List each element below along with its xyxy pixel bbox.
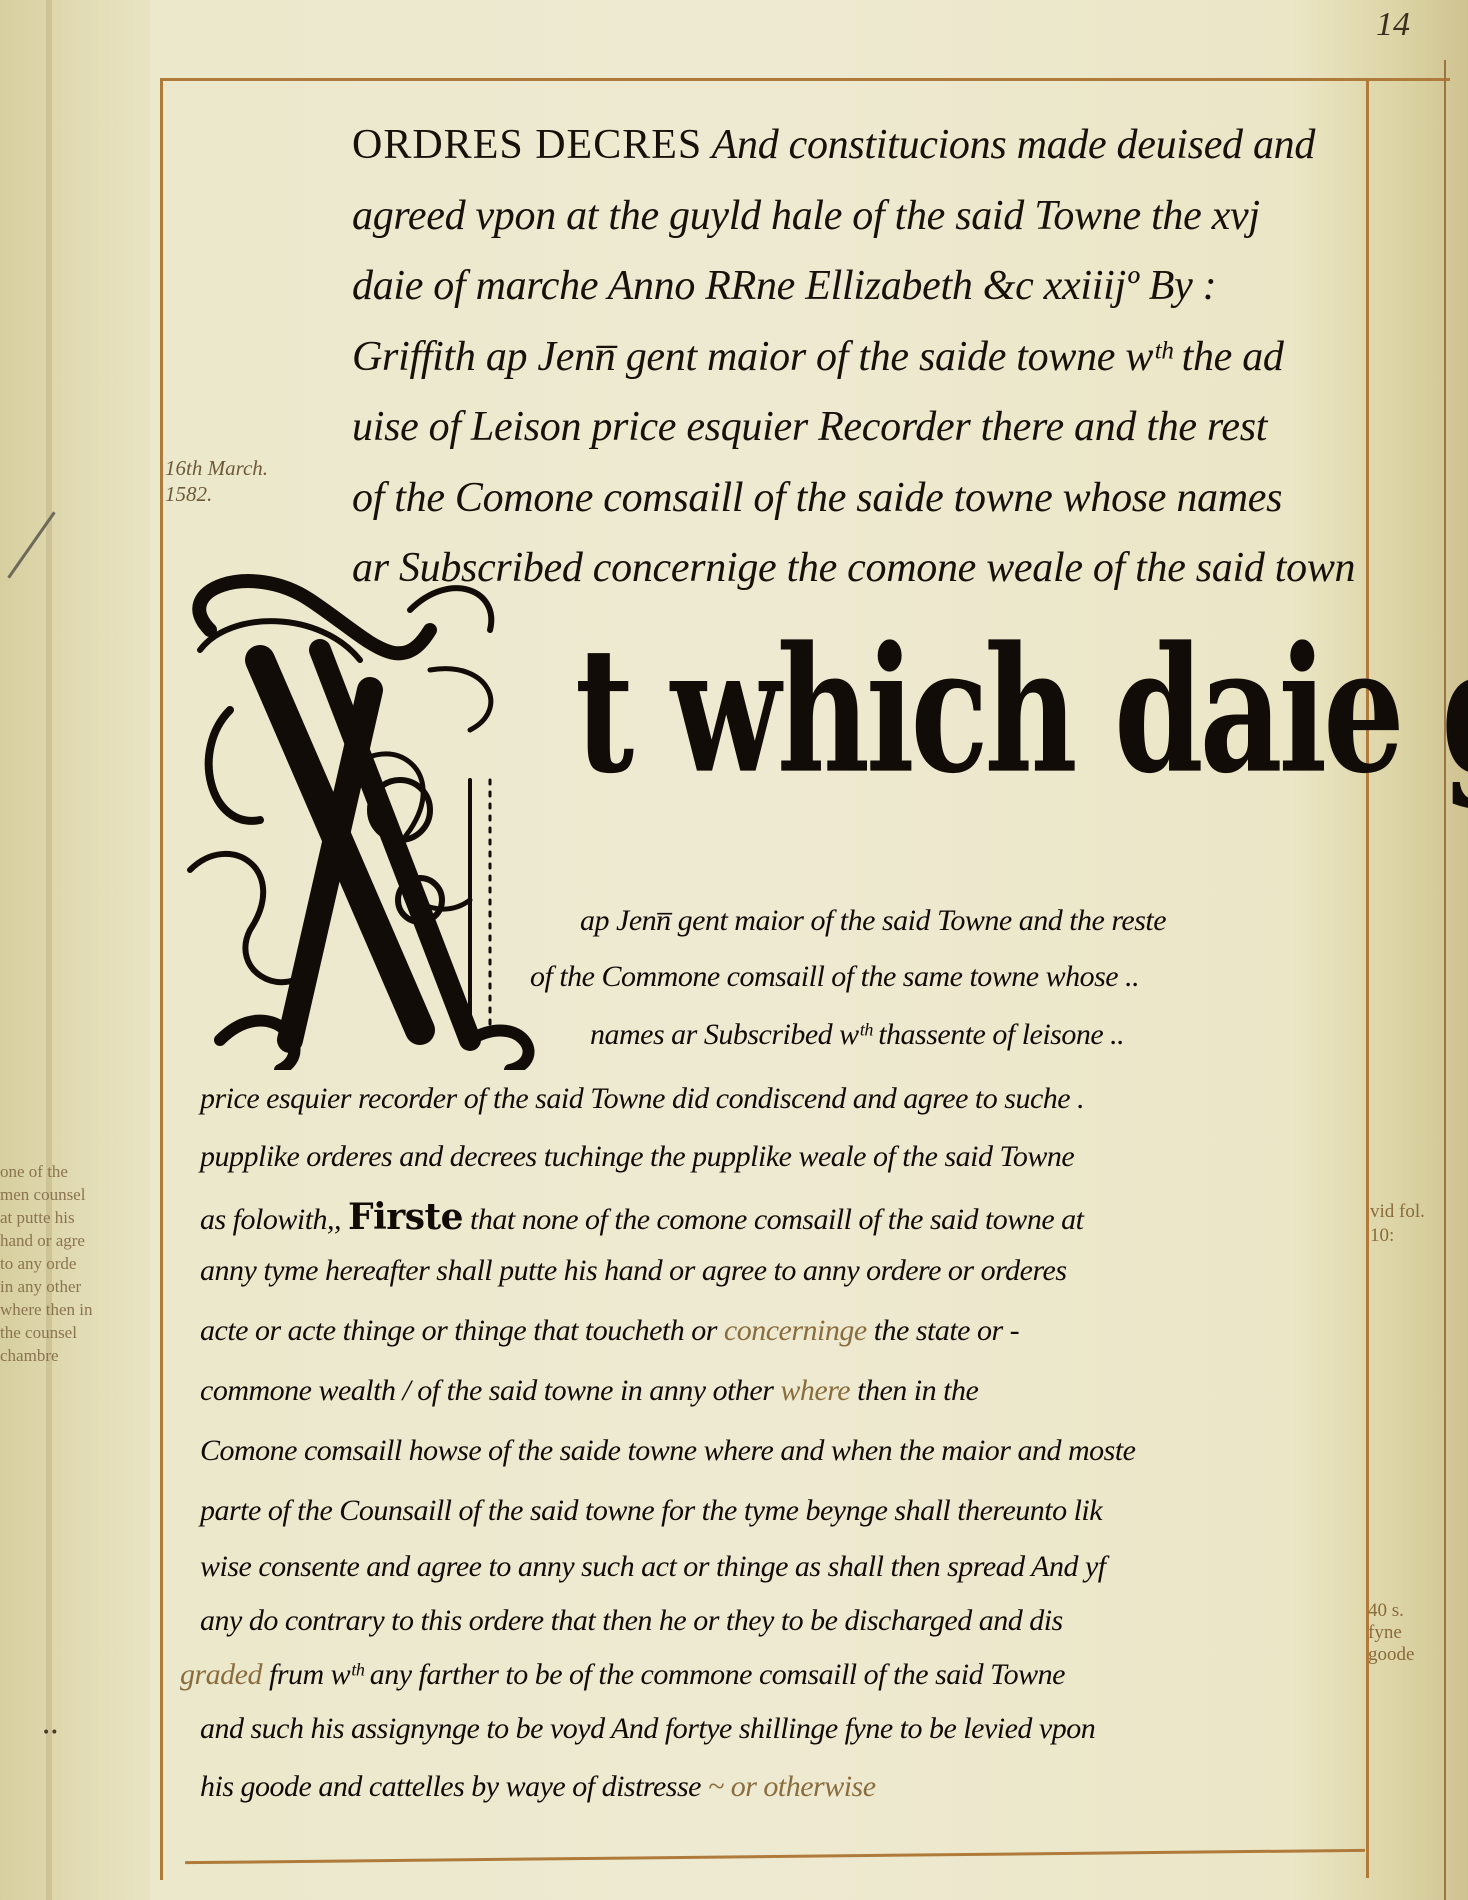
margin-note-line: the counsel bbox=[0, 1321, 160, 1344]
margin-note-line: vid fol. bbox=[1370, 1200, 1425, 1224]
interlinear-correction: graded bbox=[180, 1658, 269, 1691]
margin-note-line: at putte his bbox=[0, 1206, 160, 1229]
body-text: the state or - bbox=[867, 1314, 1019, 1347]
body-text: frum wᵗʰ any farther to be of the common… bbox=[269, 1658, 1065, 1691]
interlinear-correction: ~ or otherwise bbox=[701, 1770, 876, 1803]
heading-caps: ORDRES DECRES bbox=[352, 122, 702, 168]
body-text: his goode and cattelles by waye of distr… bbox=[200, 1770, 701, 1803]
margin-date-note: 16th March. 1582. bbox=[165, 455, 268, 507]
decorated-initial-icon bbox=[170, 570, 580, 1070]
heading-line: agreed vpon at the guyld hale of the sai… bbox=[352, 181, 1372, 252]
heading-line: ORDRES DECRES And constitucions made deu… bbox=[352, 110, 1372, 181]
margin-note-line: where then in bbox=[0, 1298, 160, 1321]
body-line: and such his assignynge to be voyd And f… bbox=[200, 1712, 1095, 1746]
margin-note-line: 40 s. bbox=[1368, 1600, 1414, 1622]
ruled-line-top bbox=[160, 78, 1450, 81]
margin-note-line: in any other bbox=[0, 1275, 160, 1298]
margin-note-line: 10: bbox=[1370, 1224, 1425, 1248]
body-line: commone wealth / of the said towne in an… bbox=[200, 1374, 978, 1408]
margin-date-line: 1582. bbox=[165, 481, 268, 507]
body-line: price esquier recorder of the said Towne… bbox=[200, 1082, 1084, 1116]
body-text: commone wealth / of the said towne in an… bbox=[200, 1374, 780, 1407]
heading-line: uise of Leison price esquier Recorder th… bbox=[352, 392, 1372, 463]
body-line: Comone comsaill howse of the saide towne… bbox=[200, 1434, 1135, 1468]
body-line: ap Jenn̅ gent maior of the said Towne an… bbox=[580, 904, 1166, 938]
interlinear-correction: where bbox=[780, 1374, 850, 1407]
margin-note-line: hand or agre bbox=[0, 1229, 160, 1252]
body-line: graded frum wᵗʰ any farther to be of the… bbox=[180, 1658, 1065, 1692]
body-text: that none of the comone comsaill of the … bbox=[463, 1203, 1083, 1236]
body-text: then in the bbox=[850, 1374, 978, 1407]
margin-date-line: 16th March. bbox=[165, 455, 268, 481]
heading-line: of the Comone comsaill of the saide town… bbox=[352, 463, 1372, 534]
firste-keyword: Firste bbox=[348, 1196, 463, 1238]
body-text: as folowith,, bbox=[200, 1203, 341, 1236]
folio-number: 14 bbox=[1376, 6, 1410, 44]
margin-note-line: goode bbox=[1368, 1644, 1414, 1666]
heading-line: Griffith ap Jenn̅ gent maior of the said… bbox=[352, 322, 1372, 393]
margin-note-line: men counsel bbox=[0, 1183, 160, 1206]
body-line: names ar Subscribed wᵗʰ thassente of lei… bbox=[590, 1018, 1124, 1052]
margin-note-line: chambre bbox=[0, 1344, 160, 1367]
ruled-line-outer bbox=[1444, 60, 1446, 1900]
body-line: any do contrary to this ordere that then… bbox=[200, 1604, 1063, 1638]
margin-note-line: fyne bbox=[1368, 1622, 1414, 1644]
body-line: of the Commone comsaill of the same town… bbox=[530, 960, 1139, 994]
heading-line: daie of marche Anno RRne Ellizabeth &c x… bbox=[352, 251, 1372, 322]
margin-note-fine: 40 s. fyne goode bbox=[1368, 1600, 1414, 1666]
body-line: his goode and cattelles by waye of distr… bbox=[200, 1770, 876, 1804]
interlinear-correction: concerninge bbox=[724, 1314, 867, 1347]
body-line: wise consente and agree to anny such act… bbox=[200, 1550, 1106, 1584]
display-blackletter-line: t which daie griffith bbox=[575, 610, 1468, 813]
margin-note-left: one of the men counsel at putte his hand… bbox=[0, 1160, 160, 1367]
ruled-line-bottom bbox=[185, 1849, 1365, 1864]
page-fold bbox=[46, 0, 52, 1900]
body-line: as folowith,, Firste that none of the co… bbox=[200, 1196, 1083, 1238]
margin-note-line: to any orde bbox=[0, 1252, 160, 1275]
heading-text: And constitucions made deuised and bbox=[702, 122, 1315, 168]
body-text: acte or acte thinge or thinge that touch… bbox=[200, 1314, 724, 1347]
ruled-line-left bbox=[160, 80, 163, 1880]
margin-note-vid: vid fol. 10: bbox=[1370, 1200, 1425, 1248]
body-line: pupplike orderes and decrees tuchinge th… bbox=[200, 1140, 1074, 1174]
body-line: parte of the Counsaill of the said towne… bbox=[200, 1494, 1102, 1528]
margin-note-line: one of the bbox=[0, 1160, 160, 1183]
page-edge bbox=[0, 0, 150, 1900]
heading-paragraph: ORDRES DECRES And constitucions made deu… bbox=[352, 110, 1372, 604]
margin-dot-mark: •• bbox=[42, 1725, 59, 1741]
body-line: acte or acte thinge or thinge that touch… bbox=[200, 1314, 1019, 1348]
body-line: anny tyme hereafter shall putte his hand… bbox=[200, 1254, 1067, 1288]
